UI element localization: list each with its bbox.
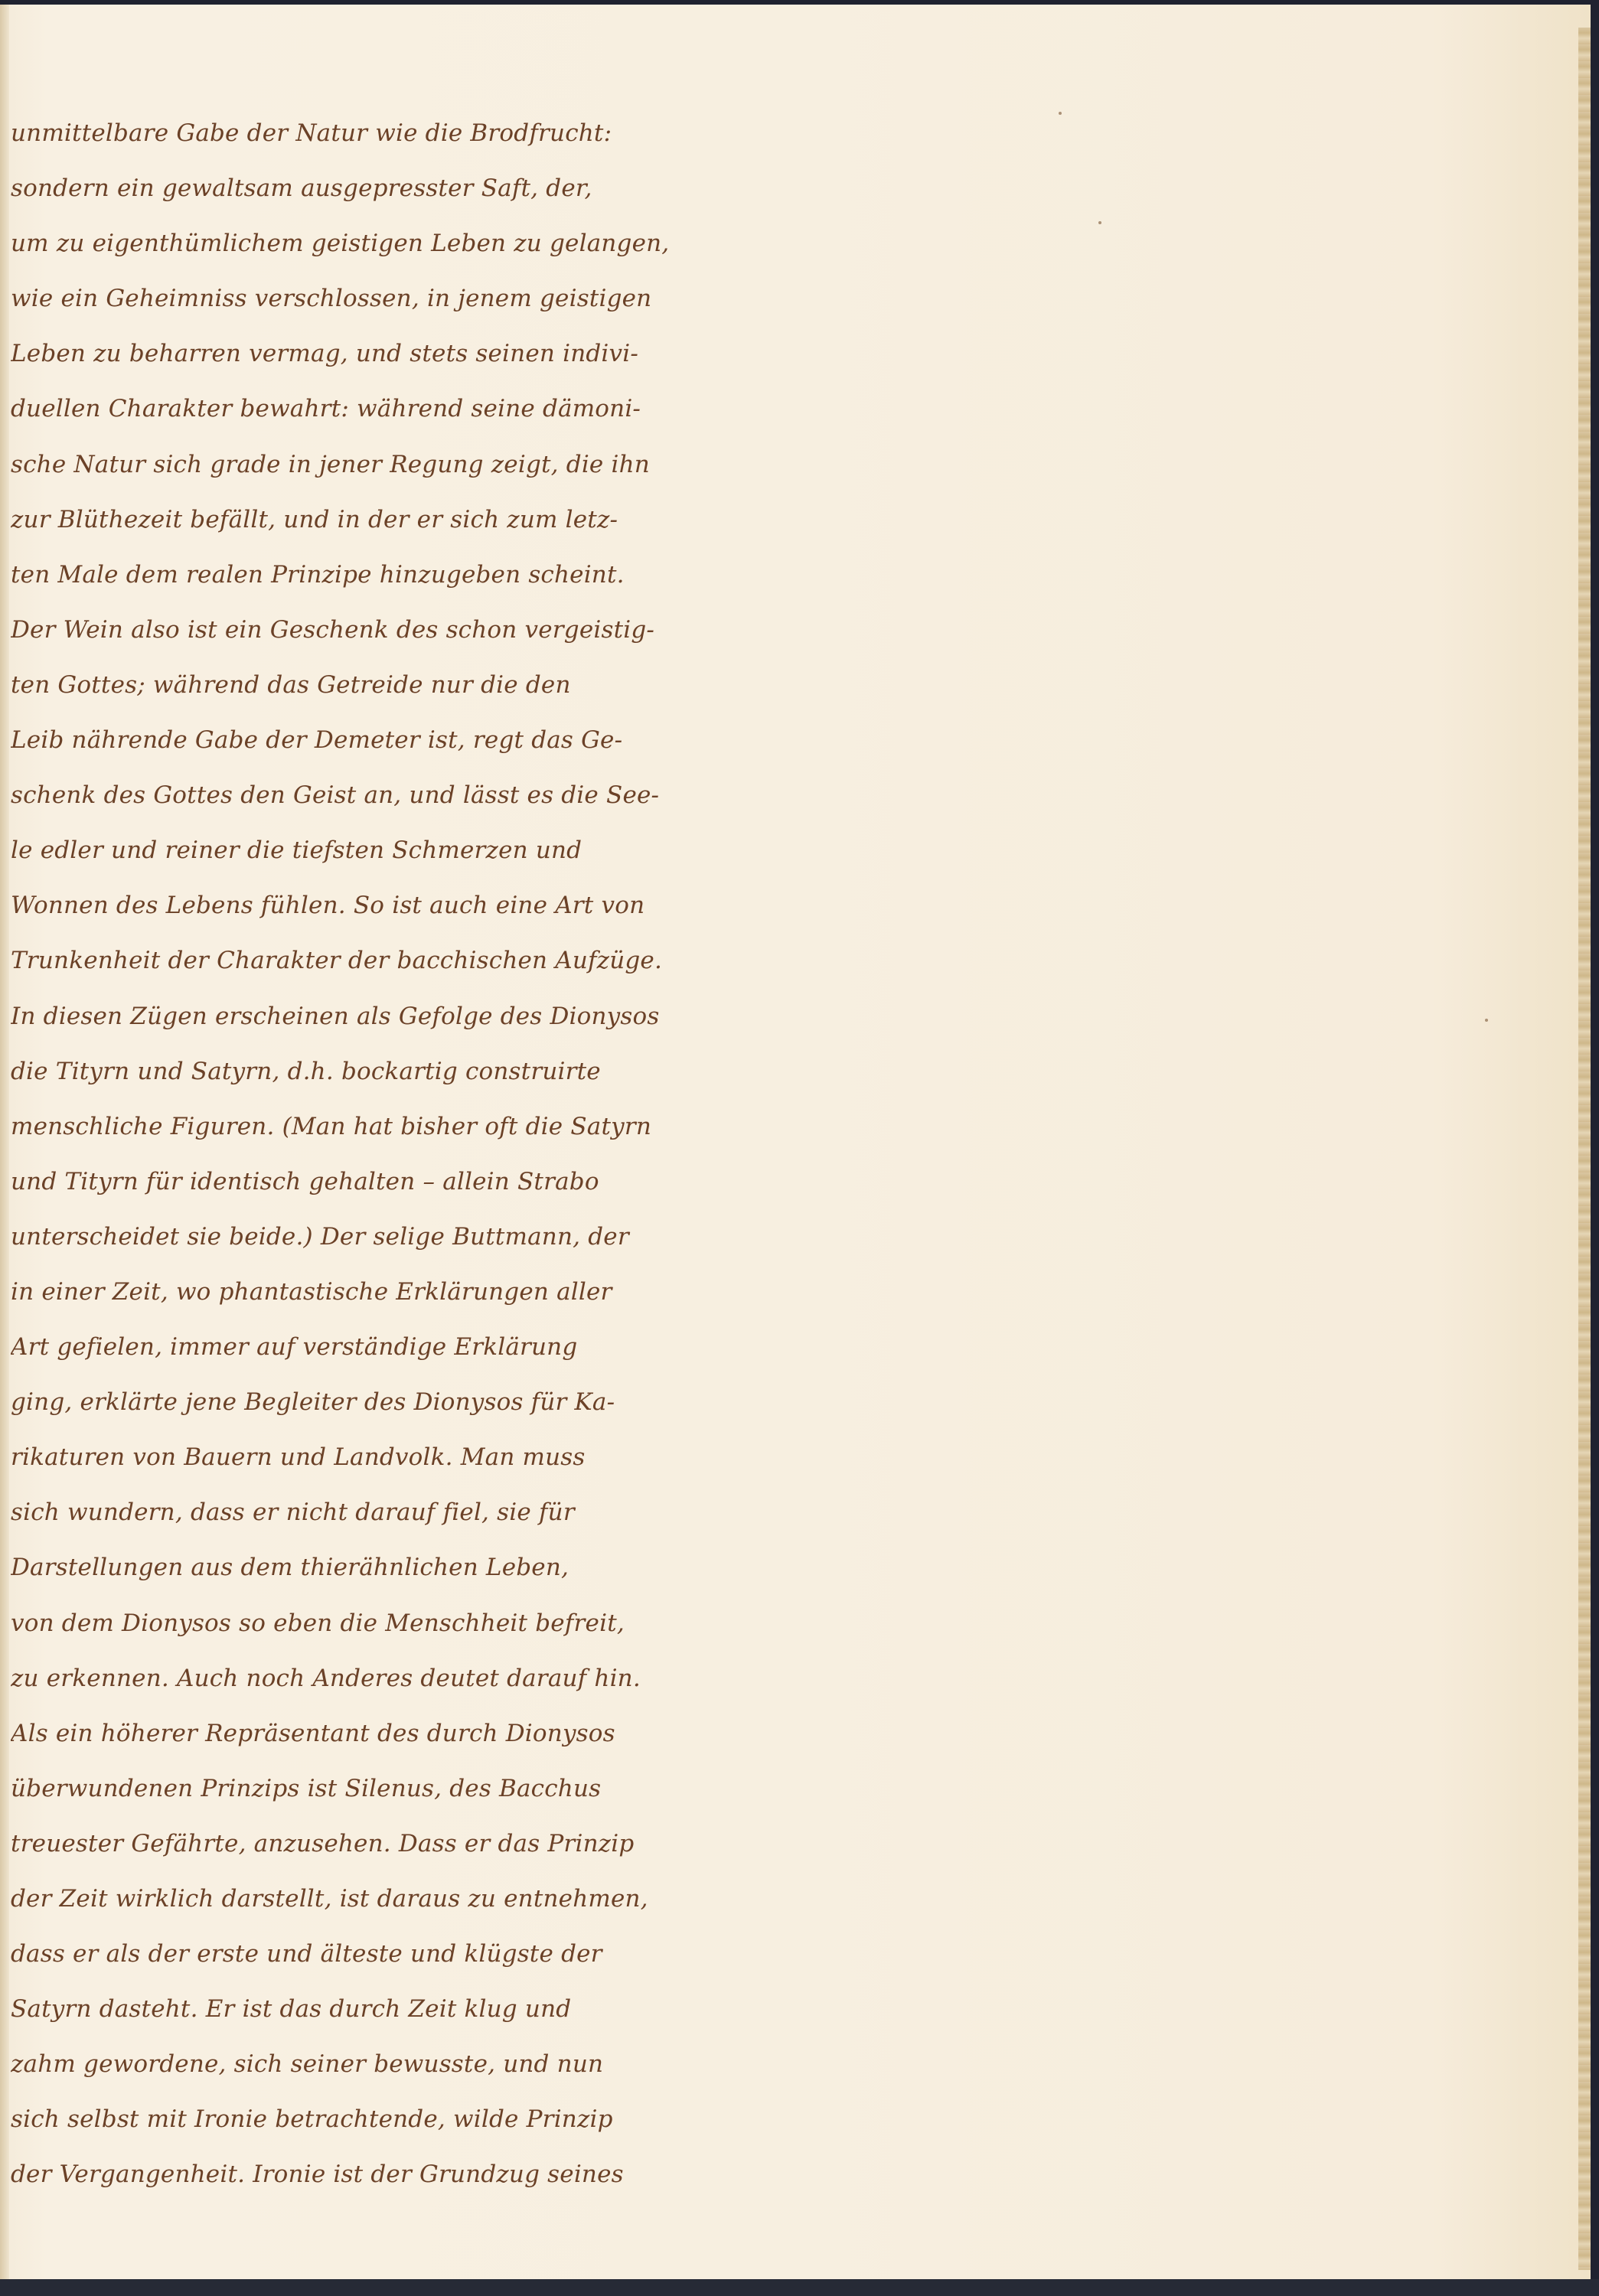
text-line: Trunkenheit der Charakter der bacchische… (11, 933, 837, 988)
text-line: überwundenen Prinzips ist Silenus, des B… (11, 1761, 837, 1816)
text-line: Als ein höherer Repräsentant des durch D… (11, 1706, 837, 1761)
text-line: von dem Dionysos so eben die Menschheit … (11, 1596, 837, 1651)
manuscript-page: unmittelbare Gabe der Natur wie die Brod… (0, 5, 1591, 2279)
text-line: der Vergangenheit. Ironie ist der Grundz… (11, 2147, 837, 2202)
text-line: duellen Charakter bewahrt: während seine… (11, 381, 837, 436)
book-binding-edge (0, 2279, 1599, 2296)
ink-speck (1485, 1019, 1488, 1022)
text-line: zahm gewordene, sich seiner bewusste, un… (11, 2037, 837, 2092)
text-line: Leib nährende Gabe der Demeter ist, regt… (11, 713, 837, 768)
text-line: sich wundern, dass er nicht darauf fiel,… (11, 1485, 837, 1540)
page-fore-edge (1578, 28, 1591, 2270)
ink-speck (1098, 221, 1101, 224)
text-line: unterscheidet sie beide.) Der selige But… (11, 1209, 837, 1264)
text-line: in einer Zeit, wo phantastische Erklärun… (11, 1264, 837, 1319)
book-spine-edge (0, 5, 9, 2279)
text-line: Satyrn dasteht. Er ist das durch Zeit kl… (11, 1981, 837, 2037)
text-line: um zu eigenthümlichem geistigen Leben zu… (11, 216, 837, 271)
text-line: rikaturen von Bauern und Landvolk. Man m… (11, 1430, 837, 1485)
text-line: wie ein Geheimniss verschlossen, in jene… (11, 271, 837, 326)
text-line: und Tityrn für identisch gehalten – alle… (11, 1154, 837, 1209)
text-line: In diesen Zügen erscheinen als Gefolge d… (11, 989, 837, 1044)
text-line: ten Male dem realen Prinzipe hinzugeben … (11, 547, 837, 602)
text-line: der Zeit wirklich darstellt, ist daraus … (11, 1871, 837, 1926)
text-line: Der Wein also ist ein Geschenk des schon… (11, 602, 837, 657)
text-line: dass er als der erste und älteste und kl… (11, 1926, 837, 1981)
text-line: unmittelbare Gabe der Natur wie die Brod… (11, 106, 837, 161)
text-line: le edler und reiner die tiefsten Schmerz… (11, 823, 837, 878)
text-line: die Tityrn und Satyrn, d.h. bockartig co… (11, 1044, 837, 1099)
text-line: treuester Gefährte, anzusehen. Dass er d… (11, 1816, 837, 1871)
text-line: Art gefielen, immer auf verständige Erkl… (11, 1319, 837, 1375)
text-line: ging, erklärte jene Begleiter des Dionys… (11, 1375, 837, 1430)
text-line: schenk des Gottes den Geist an, und läss… (11, 768, 837, 823)
text-line: Leben zu beharren vermag, und stets sein… (11, 326, 837, 381)
text-line: sich selbst mit Ironie betrachtende, wil… (11, 2092, 837, 2147)
text-line: sche Natur sich grade in jener Regung ze… (11, 437, 837, 492)
text-line: sondern ein gewaltsam ausgepresster Saft… (11, 161, 837, 216)
text-line: zu erkennen. Auch noch Anderes deutet da… (11, 1651, 837, 1706)
ink-speck (1059, 112, 1062, 115)
text-line: menschliche Figuren. (Man hat bisher oft… (11, 1099, 837, 1154)
text-line: ten Gottes; während das Getreide nur die… (11, 657, 837, 713)
text-line: zur Blüthezeit befällt, und in der er si… (11, 492, 837, 547)
text-line: Wonnen des Lebens fühlen. So ist auch ei… (11, 878, 837, 933)
handwritten-text-block: unmittelbare Gabe der Natur wie die Brod… (11, 106, 837, 2203)
text-line: Darstellungen aus dem thierähnlichen Leb… (11, 1540, 837, 1595)
